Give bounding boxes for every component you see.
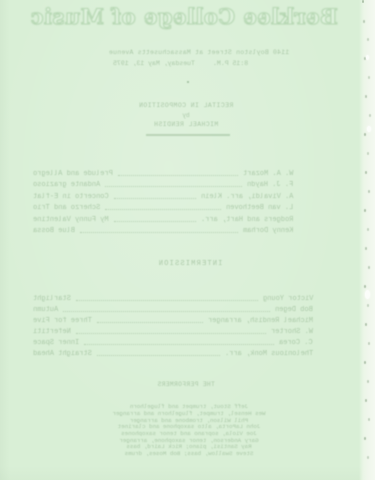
piece-title: Nefertiti <box>33 328 71 336</box>
dot-leader <box>80 232 238 233</box>
piece-title: Blue Bossa <box>33 227 75 235</box>
bleedthrough-date-line: Tuesday, May 13, 1975 8:15 P.M. <box>33 60 328 67</box>
dot-leader <box>63 311 270 312</box>
program-row: Starlight Victor Young <box>33 295 313 303</box>
composer-name: Thelonious Monk, arr. <box>225 350 313 358</box>
composer-name: W. Shorter <box>271 328 313 336</box>
piece-title: Andante grazioso <box>33 181 100 189</box>
composer-name: Michael Rendish, arranger <box>208 317 313 325</box>
edge-highlight <box>366 55 369 60</box>
composer-name: F. J. Haydn <box>247 181 293 189</box>
performer-line: Steve Swallow, bass; Bob Moses, drums <box>33 451 345 457</box>
edge-highlight <box>367 126 371 132</box>
edge-highlight <box>365 290 370 299</box>
bleedthrough-performer-name: MICHAEL RENDISH <box>30 121 342 128</box>
bleedthrough-time-text: 8:15 P.M. <box>213 60 248 67</box>
composer-name: Kenny Dorham <box>243 227 293 235</box>
program-row: Concerto in E-flat A. Vivaldi, arr. Klei… <box>33 193 293 201</box>
program-row: Nefertiti W. Shorter <box>33 328 313 336</box>
bleedthrough-masthead-title: Berklee College of Music <box>28 4 340 29</box>
dot-leader <box>114 198 196 199</box>
piece-title: Scherzo and Trio <box>33 204 100 212</box>
program-row: Three for Five Michael Rendish, arranger <box>33 317 313 325</box>
program-row: Andante grazioso F. J. Haydn <box>33 181 293 189</box>
dot-leader <box>118 175 238 176</box>
bleedthrough-recital-heading: RECITAL IN COMPOSITION <box>30 102 342 109</box>
dot-leader <box>105 186 242 187</box>
program-row: Autumn Bob Degen <box>33 306 313 314</box>
composer-name: A. Vivaldi, arr. Klein <box>201 193 293 201</box>
dot-leader <box>114 221 196 222</box>
dot-leader <box>84 344 274 345</box>
perforation-speckles <box>362 0 364 3</box>
dot-leader <box>76 300 258 301</box>
composer-name: L. van Beethoven <box>226 204 293 212</box>
piece-title: Straight Ahead <box>33 350 92 358</box>
dot-leader <box>97 322 203 323</box>
scanned-document-page: Berklee College of Music 1140 Boylston S… <box>0 0 375 480</box>
program-row: Scherzo and Trio L. van Beethoven <box>33 204 293 212</box>
bleedthrough-underline-rule <box>146 134 230 136</box>
bleedthrough-performers-heading: THE PERFORMERS <box>30 381 342 388</box>
piece-title: Starlight <box>33 295 71 303</box>
torn-page-edge <box>359 0 375 480</box>
piece-title: Inner Space <box>33 339 79 347</box>
piece-title: My Funny Valentine <box>33 216 109 224</box>
stray-ink-dot <box>187 81 189 83</box>
program-row: Inner Space C. Corea <box>33 339 313 347</box>
composer-name: Rodgers and Hart, arr. <box>201 216 293 224</box>
dot-leader <box>105 209 221 210</box>
composer-name: Bob Degen <box>275 306 313 314</box>
dot-leader <box>76 333 266 334</box>
composer-name: C. Corea <box>279 339 313 347</box>
program-row: Prelude and Allegro W. A. Mozart <box>33 170 293 178</box>
piece-title: Prelude and Allegro <box>33 170 113 178</box>
composer-name: W. A. Mozart <box>243 170 293 178</box>
piece-title: Autumn <box>33 306 58 314</box>
bleedthrough-by-line: by <box>30 112 342 119</box>
program-row: Blue Bossa Kenny Dorham <box>33 227 293 235</box>
bleedthrough-intermission: INTERMISSION <box>34 260 346 268</box>
composer-name: Victor Young <box>263 295 313 303</box>
program-row: Straight Ahead Thelonious Monk, arr. <box>33 350 313 358</box>
piece-title: Three for Five <box>33 317 92 325</box>
bleedthrough-subtitle-line: 1140 Boylston Street at Massachusetts Av… <box>43 49 355 56</box>
piece-title: Concerto in E-flat <box>33 193 109 201</box>
bleedthrough-date-text: Tuesday, May 13, 1975 <box>113 60 195 67</box>
program-row: My Funny Valentine Rodgers and Hart, arr… <box>33 216 293 224</box>
dot-leader <box>97 355 220 356</box>
